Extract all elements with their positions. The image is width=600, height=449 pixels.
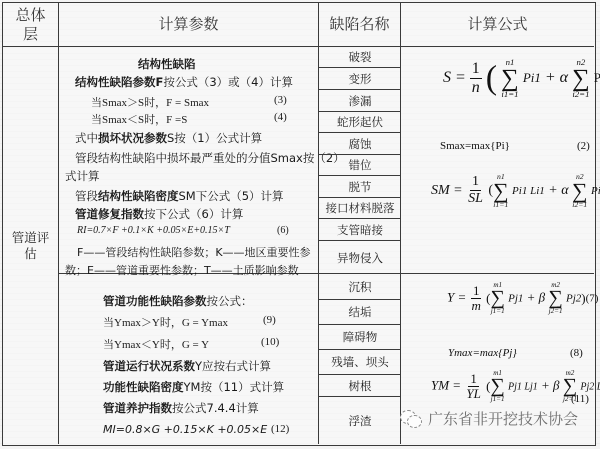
defect-deformation: 变形 [319, 68, 401, 90]
eq-number: (6) [277, 225, 289, 236]
line-rest: 按公式（3）或（4）计算 [163, 75, 293, 89]
numerator: 1 [470, 61, 482, 79]
defect-residual-wall-dam: 残墙、坝头 [319, 350, 401, 375]
defect-sediment: 沉积 [319, 274, 401, 300]
sum-2: n2∑i2=1 [572, 58, 590, 99]
line-rest: 按下公式（6）计算 [144, 207, 243, 221]
header-overall-layer-line2: 层 [23, 25, 38, 44]
structural-line-7: 管段结构性缺陷密度SM下公式（5）计算 [75, 188, 284, 204]
line-pre: 式中 [75, 131, 98, 145]
header-overall-layer: 总体 层 [3, 3, 58, 46]
sum-2: m2∑j2=1 [548, 282, 562, 315]
fraction: 1m [470, 284, 483, 313]
term-1: Pj1 Lj1 [508, 382, 538, 393]
formula-1-s: S = 1n ( n1∑i1=1 Pi1 + α n2∑i2=1 Pi2 )(1… [443, 58, 600, 99]
defect-corrosion: 腐蚀 [319, 133, 401, 155]
structural-line-4: 式中损坏状况参数S按（1）公式计算 [75, 130, 262, 146]
bold-term: 管道修复指数 [75, 207, 144, 221]
line-rest: S按（1）公式计算 [167, 131, 262, 145]
condition-text: 当Smax＜S时，F =S [91, 114, 187, 126]
header-overall-layer-line1: 总体 [15, 6, 45, 25]
defect-tree-root: 树根 [319, 375, 401, 397]
term-1: Pj1 [508, 293, 523, 305]
eq-number: (4) [274, 111, 287, 123]
numerator: 1 [468, 372, 479, 387]
eq-number: (8) [570, 347, 583, 359]
group-label-line2: 估 [24, 246, 37, 262]
defect-leakage: 渗漏 [319, 90, 401, 112]
sum-lower: i2=1 [572, 90, 589, 99]
functional-line-3: 当Ymax＜Y时，G = Y (10) [103, 336, 293, 352]
formula-text: Smax=max{Pi} [440, 140, 510, 152]
eq-number: (12) [271, 423, 289, 435]
left-paren: ( [486, 60, 497, 97]
alpha-term: + α [548, 183, 568, 198]
sum-1: m1∑j1=1 [491, 282, 505, 315]
structural-line-9-ri-formula: RI=0.7×F +0.1×K +0.05×E+0.15×T (6) [77, 225, 297, 236]
bold-term: 管道功能性缺陷参数 [103, 294, 207, 308]
fraction: 1n [470, 61, 482, 96]
alpha-term: + α [545, 69, 568, 86]
bold-term: 管道养护指数 [103, 401, 172, 415]
fraction: 1YL [464, 372, 482, 401]
line-rest: 按公式： [207, 294, 253, 308]
sum-2: n2∑i2=1 [572, 173, 587, 209]
condition-text: 当Ymax＜Y时，G = Y [103, 339, 209, 351]
bold-term: 损坏状况参数 [98, 131, 167, 145]
term-2: Pj2 [566, 293, 581, 305]
header-calc-formula: 计算公式 [401, 3, 594, 46]
sum-1: n1∑i1=1 [493, 173, 508, 209]
line-rest: Y应按右式计算 [195, 359, 271, 373]
structural-line-8: 管道修复指数按下公式（6）计算 [75, 206, 243, 222]
term-1: Pi1 [523, 70, 541, 85]
denominator: n [470, 79, 482, 97]
structural-line-6: 式计算 [65, 168, 100, 184]
sum-lower: j1=1 [491, 308, 505, 315]
structural-line-2: 当Smax＞S时，F = Smax (3) [91, 94, 291, 110]
term-2: Pi2 Li2 [591, 185, 600, 197]
functional-line-2: 当Ymax＞Y时，G = Ymax (9) [103, 314, 293, 330]
functional-line-7-mi-formula: MI=0.8×G +0.15×K +0.05×E (12) [103, 423, 303, 436]
mi-formula: MI=0.8×G +0.15×K +0.05×E [103, 423, 267, 436]
structural-line-11: 数；E——管道重要性参数；T——土质影响参数 [65, 262, 299, 278]
col-divider-1 [58, 3, 59, 444]
line-rest: 按公式7.4.4计算 [172, 401, 259, 415]
wechat-icon [400, 410, 422, 428]
condition-text: 当Ymax＞Y时，G = Ymax [103, 317, 228, 329]
bold-term: 结构性缺陷参数F [75, 75, 163, 89]
defect-foreign-intrusion: 异物侵入 [319, 241, 401, 274]
header-defect-name: 缺陷名称 [319, 3, 400, 46]
denominator: m [470, 299, 483, 313]
defect-scum: 浮渣 [319, 397, 401, 444]
sum-lower: j2=1 [549, 308, 563, 315]
formula-8-ymax: Ymax=max{Pj} (8) [448, 347, 588, 359]
structural-line-3: 当Smax＜S时，F =S (4) [91, 111, 291, 127]
sum-1: n1∑i1=1 [501, 58, 519, 99]
numerator: 1 [470, 175, 481, 191]
formula-text: Ymax=max{Pj} [448, 347, 517, 359]
functional-line-1: 管道功能性缺陷参数按公式： [103, 293, 253, 309]
formula-7-y: Y = 1m (m1∑j1=1 Pj1 + β m2∑j2=1 Pj2)(7) [447, 282, 598, 315]
sum-lower: i2=1 [572, 201, 587, 209]
header-divider [3, 46, 594, 47]
formula-5-sm: SM = 1SL (n1∑i1=1 Pi1 Li1 + α n2∑i2=1 Pi… [431, 173, 600, 209]
header-calc-params: 计算参数 [59, 3, 318, 46]
bold-term: 结构性缺陷密度 [98, 189, 179, 203]
line-rest: YM按（11）式计算 [184, 380, 285, 394]
defect-obstacle: 障碍物 [319, 325, 401, 350]
defect-hidden-branch-connection: 支管暗接 [319, 219, 401, 241]
formula-lhs: YM = [431, 378, 461, 393]
term-1: Pi1 Li1 [512, 185, 545, 197]
defect-disjoint: 脱节 [319, 176, 401, 198]
beta-term: + β [527, 290, 546, 305]
numerator: 1 [471, 284, 482, 299]
eq-number: (3) [274, 94, 287, 106]
formula-lhs: SM = [431, 183, 463, 198]
defect-joint-material-loss: 接口材料脱落 [319, 198, 401, 219]
defect-scaling: 结垢 [319, 300, 401, 325]
structural-title: 结构性缺陷 [138, 56, 196, 72]
formula-2-smax: Smax=max{Pi} (2) [440, 140, 590, 152]
functional-line-4: 管道运行状况系数Y应按右式计算 [103, 358, 271, 374]
defect-misalignment: 错位 [319, 155, 401, 176]
watermark-text: 广东省非开挖技术协会 [428, 408, 578, 429]
formula-lhs: Y = [447, 290, 466, 305]
eq-number: (7) [586, 293, 599, 305]
group-label-line1: 管道评 [12, 230, 50, 246]
condition-text: 当Smax＞S时，F = Smax [91, 97, 209, 109]
sum-1: m1∑j1=1 [490, 370, 504, 403]
functional-line-6: 管道养护指数按公式7.4.4计算 [103, 400, 259, 416]
bold-term: 功能性缺陷密度 [103, 380, 184, 394]
line-pre: 管段 [75, 189, 98, 203]
line-rest: SM下公式（5）计算 [179, 189, 284, 203]
denominator: YL [464, 387, 482, 401]
fraction: 1SL [466, 175, 485, 206]
eq-number: (10) [261, 336, 279, 348]
structural-line-5: 管段结构性缺陷中损坏最严重处的分值Smax按（2） [75, 150, 345, 166]
beta-term: + β [541, 378, 560, 393]
pipeline-assessment-table: 总体 层 计算参数 缺陷名称 计算公式 管道评 估 结构性缺陷 结构性缺陷参数F… [2, 2, 596, 446]
structural-line-1: 结构性缺陷参数F按公式（3）或（4）计算 [75, 74, 293, 90]
ri-formula: RI=0.7×F +0.1×K +0.05×E+0.15×T [77, 225, 230, 236]
formula-lhs: S = [443, 69, 466, 86]
term-2: Pj2 Lj2 [580, 382, 600, 393]
denominator: SL [466, 191, 485, 206]
functional-line-5: 功能性缺陷密度YM按（11）式计算 [103, 379, 284, 395]
bold-term: 管道运行状况系数 [103, 359, 195, 373]
structural-line-10: F——管段结构性缺陷参数；K——地区重要性参 [77, 244, 311, 260]
sum-lower: i1=1 [493, 201, 508, 209]
watermark: 广东省非开挖技术协会 [400, 408, 578, 429]
formula-11-number: (11) [571, 393, 589, 405]
eq-number: (2) [577, 140, 590, 152]
defect-serpentine-undulation: 蛇形起伏 [319, 112, 401, 133]
term-2: Pi2 [594, 70, 600, 85]
eq-number: (9) [263, 314, 276, 326]
sum-lower: i1=1 [501, 90, 518, 99]
defect-rupture: 破裂 [319, 47, 401, 68]
sum-lower: j1=1 [491, 396, 505, 403]
group-label-pipeline-assessment: 管道评 估 [3, 47, 58, 444]
